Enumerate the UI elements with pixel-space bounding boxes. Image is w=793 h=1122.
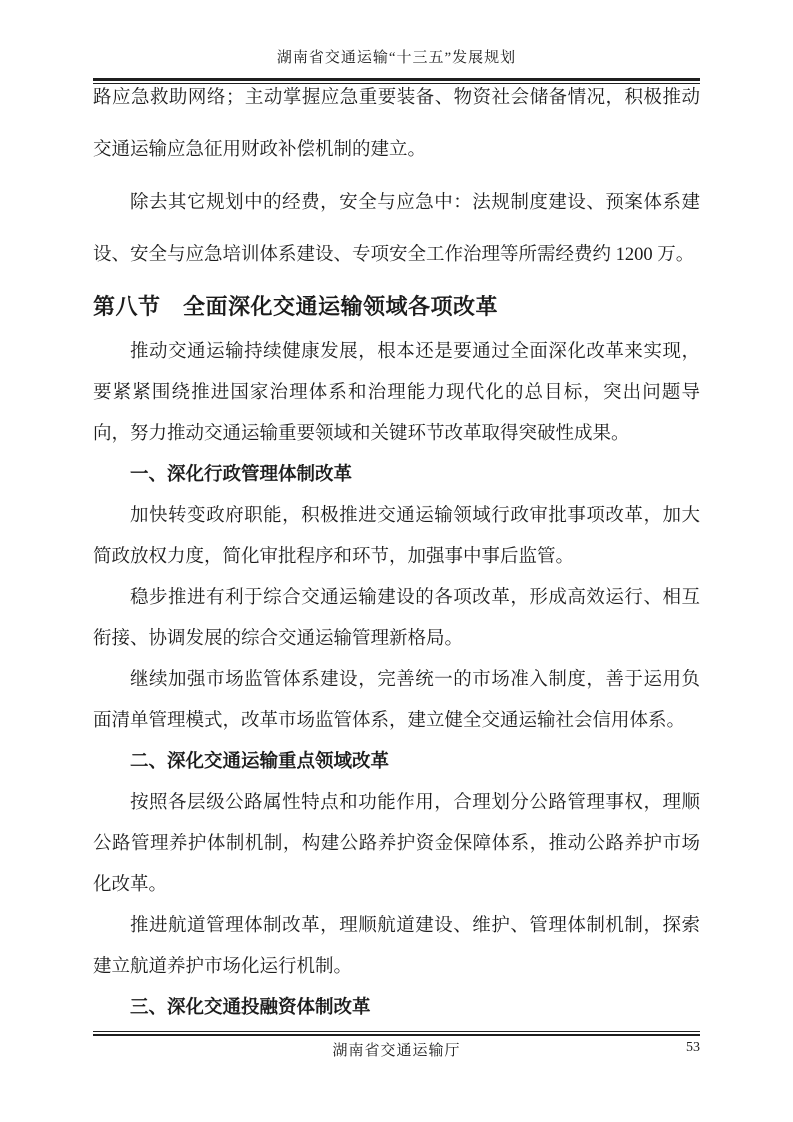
footer-organization: 湖南省交通运输厅 [332,1043,460,1059]
section-title-chapter8: 第八节 全面深化交通运输领域各项改革 [93,282,700,332]
paragraph-safety-budget: 除去其它规划中的经费，安全与应急中：法规制度建设、预案体系建设、安全与应急培训体… [93,177,700,282]
page-number: 53 [686,1040,700,1056]
subheading-investment-financing-reform: 三、深化交通投融资体制改革 [93,988,700,1029]
paragraph-comprehensive-transport: 稳步推进有利于综合交通运输建设的各项改革，形成高效运行、相互衔接、协调发展的综合… [93,578,700,660]
paragraph-waterway-management: 推进航道管理体制改革，理顺航道建设、维护、管理体制机制，探索建立航道养护市场化运… [93,906,700,988]
subheading-key-areas-reform: 二、深化交通运输重点领域改革 [93,742,700,783]
paragraph-emergency-network: 路应急救助网络；主动掌握应急重要装备、物资社会储备情况，积极推动交通运输应急征用… [93,72,700,177]
footer-divider-rule [93,1031,700,1036]
paragraph-market-supervision: 继续加强市场监管体系建设，完善统一的市场准入制度，善于运用负面清单管理模式，改革… [93,660,700,742]
paragraph-highway-management: 按照各层级公路属性特点和功能作用，合理划分公路管理事权，理顺公路管理养护体制机制… [93,783,700,906]
page-header-title: 湖南省交通运输“十三五”发展规划 [93,46,700,67]
paragraph-government-functions: 加快转变政府职能，积极推进交通运输领域行政审批事项改革，加大简政放权力度，简化审… [93,496,700,578]
document-body: 路应急救助网络；主动掌握应急重要装备、物资社会储备情况，积极推动交通运输应急征用… [93,72,700,1029]
page-footer: 湖南省交通运输厅 53 [93,1039,700,1060]
subheading-administrative-reform: 一、深化行政管理体制改革 [93,455,700,496]
paragraph-reform-intro: 推动交通运输持续健康发展，根本还是要通过全面深化改革来实现，要紧紧围绕推进国家治… [93,332,700,455]
document-page: 湖南省交通运输“十三五”发展规划 路应急救助网络；主动掌握应急重要装备、物资社会… [0,0,793,1122]
